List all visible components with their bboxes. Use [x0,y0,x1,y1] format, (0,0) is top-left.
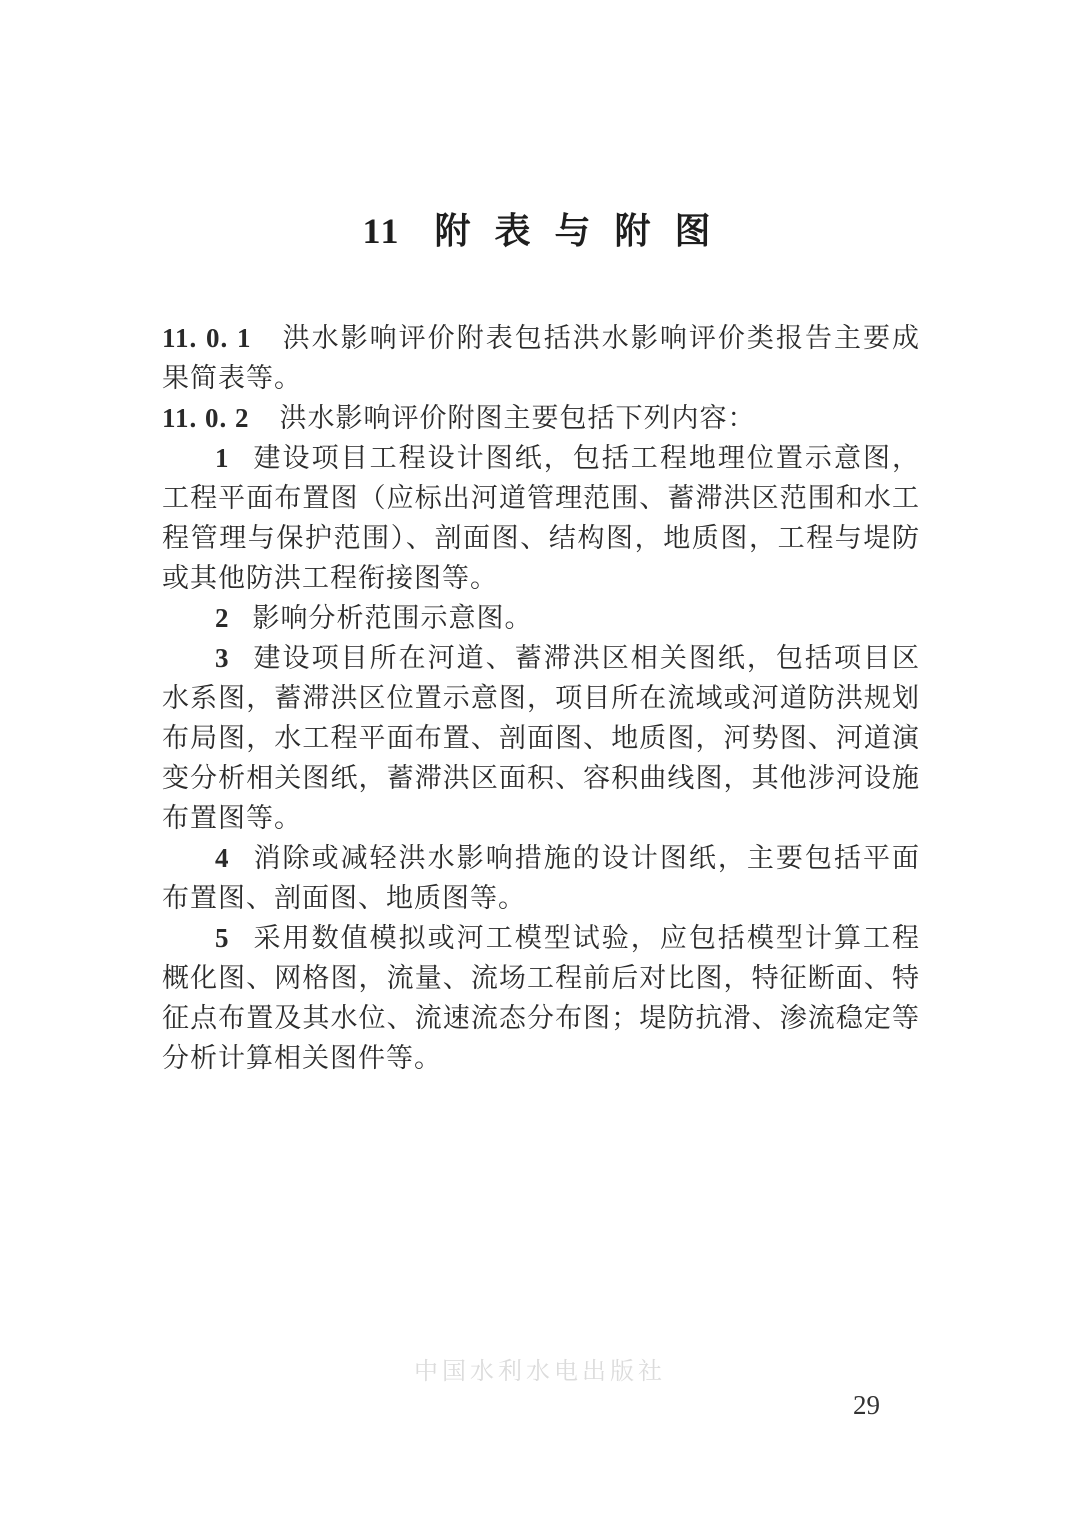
list-item-2-number: 2 [215,603,230,633]
list-item-3: 3建设项目所在河道、蓄滞洪区相关图纸，包括项目区水系图，蓄滞洪区位置示意图，项目… [162,638,920,838]
list-item-4: 4消除或减轻洪水影响措施的设计图纸，主要包括平面布置图、剖面图、地质图等。 [162,838,920,918]
page-number: 29 [853,1388,880,1422]
list-item-1: 1建设项目工程设计图纸，包括工程地理位置示意图，工程平面布置图（应标出河道管理范… [162,438,920,598]
clause-11-0-1-number: 11. 0. 1 [162,323,252,353]
list-item-1-text: 建设项目工程设计图纸，包括工程地理位置示意图，工程平面布置图（应标出河道管理范围… [162,443,920,593]
chapter-title-text: 附 表 与 附 图 [435,210,718,251]
publisher-watermark: 中国水利水电出版社 [0,1356,1080,1388]
list-item-3-number: 3 [215,643,230,673]
list-item-2-text: 影响分析范围示意图。 [253,603,533,633]
list-item-5-number: 5 [215,923,230,953]
chapter-number: 11 [362,211,400,251]
clause-11-0-1: 11. 0. 1洪水影响评价附表包括洪水影响评价类报告主要成果简表等。 [162,318,920,398]
clause-11-0-2-number: 11. 0. 2 [162,403,250,433]
clause-11-0-1-text: 洪水影响评价附表包括洪水影响评价类报告主要成果简表等。 [162,323,920,393]
document-body: 11. 0. 1洪水影响评价附表包括洪水影响评价类报告主要成果简表等。 11. … [162,318,920,1078]
clause-11-0-2-text: 洪水影响评价附图主要包括下列内容： [280,403,756,433]
clause-11-0-2: 11. 0. 2洪水影响评价附图主要包括下列内容： [162,398,920,438]
list-item-1-number: 1 [215,443,230,473]
document-page: 11附 表 与 附 图 11. 0. 1洪水影响评价附表包括洪水影响评价类报告主… [0,0,1080,1527]
chapter-title: 11附 表 与 附 图 [0,210,1080,252]
list-item-2: 2影响分析范围示意图。 [162,598,920,638]
list-item-4-text: 消除或减轻洪水影响措施的设计图纸，主要包括平面布置图、剖面图、地质图等。 [162,843,920,913]
list-item-3-text: 建设项目所在河道、蓄滞洪区相关图纸，包括项目区水系图，蓄滞洪区位置示意图，项目所… [162,643,920,833]
list-item-5-text: 采用数值模拟或河工模型试验，应包括模型计算工程概化图、网格图，流量、流场工程前后… [162,923,920,1073]
list-item-5: 5采用数值模拟或河工模型试验，应包括模型计算工程概化图、网格图，流量、流场工程前… [162,918,920,1078]
list-item-4-number: 4 [215,843,230,873]
